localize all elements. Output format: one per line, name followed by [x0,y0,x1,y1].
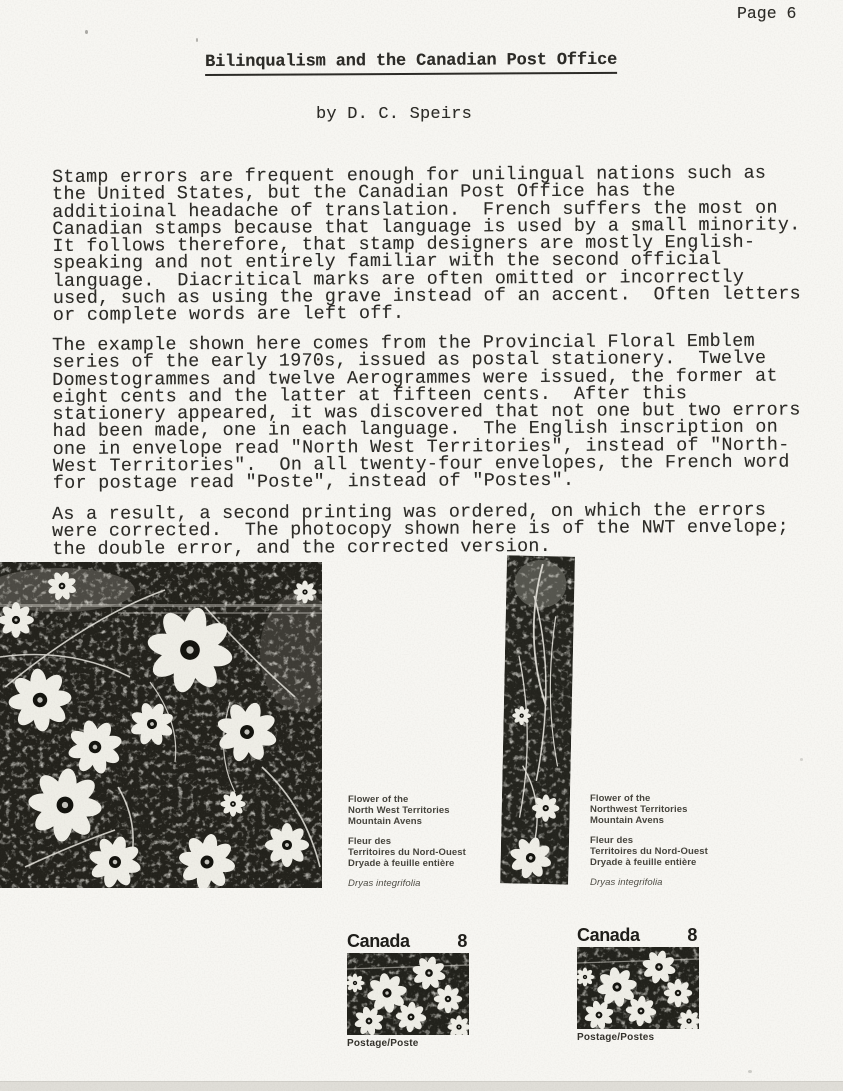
stamp-corrected: Canada 8 Postage/Postes [577,926,699,1043]
figure-caption-corrected: Flower of the Northwest Territories Moun… [590,793,708,888]
mountain-avens-photo-strip [500,555,575,884]
caption-latin: Dryas integrifolia [348,878,466,889]
ink-speck [85,30,88,34]
caption-english: Flower of the North West Territories Mou… [348,794,466,827]
page-number: Page 6 [737,4,796,23]
caption-french: Fleur des Territoires du Nord-Ouest Drya… [590,835,708,868]
stamp-inscription: Postage/Poste [347,1038,469,1049]
caption-latin: Dryas integrifolia [590,877,708,888]
article-byline: by D. C. Speirs [316,105,472,124]
document-page: Page 6 Bilinqualism and the Canadian Pos… [0,0,843,1091]
ink-speck [800,758,803,761]
figure-caption-error: Flower of the North West Territories Mou… [348,794,466,889]
scan-edge-shadow [0,1081,843,1091]
paragraph-2: The example shown here comes from the Pr… [52,333,843,493]
caption-english: Flower of the Northwest Territories Moun… [590,793,708,826]
ink-speck [748,1070,752,1073]
caption-french: Fleur des Territoires du Nord-Ouest Drya… [348,836,466,869]
paragraph-3: As a result, a second printing was order… [52,502,842,559]
stamp-inscription: Postage/Postes [577,1032,699,1043]
stamp-country: Canada [347,932,410,950]
stamp-country: Canada [577,926,640,944]
ink-speck [196,38,198,42]
mountain-avens-photo-large [0,562,322,888]
stamp-flower-image [577,947,699,1029]
stamp-denomination: 8 [687,926,697,944]
paragraph-1: Stamp errors are frequent enough for uni… [52,165,843,325]
stamp-denomination: 8 [457,932,467,950]
stamp-flower-image [347,953,469,1035]
stamp-error: Canada 8 Postage/Poste [347,932,469,1049]
article-title: Bilinqualism and the Canadian Post Offic… [205,51,617,76]
